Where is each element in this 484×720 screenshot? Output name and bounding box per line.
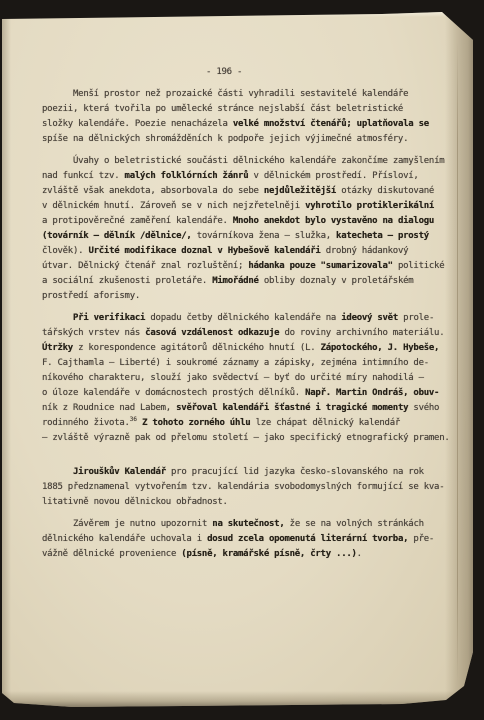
heavy-ink-text: velké množství čtenářů; uplatňovala se — [233, 119, 429, 129]
text-line: – zvláště výrazně pak od přelomu století… — [42, 431, 442, 446]
heavy-ink-text: dosud zcela opomenutá literární tvorba, — [207, 534, 408, 544]
page-number: - 196 - — [42, 65, 442, 80]
text-line: útvar. Dělnický čtenář znal rozluštění; … — [42, 259, 442, 274]
heavy-ink-text: Zápotockého, J. Hybeše, — [321, 343, 440, 353]
heavy-ink-text: vyhrotilo protiklerikální — [305, 201, 434, 211]
text-line: F. Cajthamla – Liberté) i soukromé zázna… — [42, 356, 442, 371]
text-line: Útržky z korespondence agitátorů dělnick… — [42, 341, 442, 356]
heavy-ink-text: malých folklórních žánrů — [125, 171, 249, 181]
heavy-ink-text: nejdůležitější — [264, 186, 336, 196]
text-line: 1885 předznamenal vytvořením tzv. kalend… — [42, 480, 442, 495]
photo-background: - 196 - Menší prostor než prozaické část… — [0, 0, 484, 720]
heavy-ink-text: na skutečnost, — [212, 519, 284, 529]
text-line: Menší prostor než prozaické části vyhrad… — [42, 87, 442, 102]
text-line: o úloze kalendáře v domácnostech prostýc… — [42, 386, 442, 401]
heavy-ink-text: (továrník – dělník /dělnice/, — [42, 231, 192, 241]
footnote-reference: 36 — [130, 416, 137, 423]
heavy-ink-text: Určité modifikace doznal v Hybešově kale… — [88, 246, 320, 256]
text-line: tářských vrstev nás časová vzdálenost od… — [42, 326, 442, 341]
text-line: a protipověrečné zaměření kalendáře. Mno… — [42, 214, 442, 229]
text-line: a sociální zkušenosti proletáře. Mimořád… — [42, 274, 442, 289]
heavy-ink-text: Jirouškův Kalendář — [73, 467, 166, 477]
text-line: litativně novou dělnickou obřadnost. — [42, 495, 442, 510]
paragraph: Úvahy o beletristické součásti dělnickéh… — [42, 154, 442, 304]
paragraphs: Menší prostor než prozaické části vyhrad… — [42, 87, 442, 562]
heavy-ink-text: hádanka pouze "sumarizovala" — [248, 261, 392, 271]
text-line: poezii, která tvořila po umělecké stránc… — [42, 102, 442, 117]
text-block: - 196 - Menší prostor než prozaické část… — [42, 65, 442, 562]
text-line: Jirouškův Kalendář pro pracující lid jaz… — [42, 465, 442, 480]
text-line: v dělnickém hnutí. Zároveň se v nich nej… — [42, 199, 442, 214]
text-line: zvláště však anekdota, absorbovala do se… — [42, 184, 442, 199]
heavy-ink-text: Mimořádné — [212, 276, 258, 286]
text-line: složky kalendáře. Poezie nenacházela vel… — [42, 117, 442, 132]
book-page: - 196 - Menší prostor než prozaické část… — [2, 12, 473, 707]
text-line: níkového charakteru, slouží jako svědect… — [42, 371, 442, 386]
text-line: vážně dělnické provenience (písně, kramá… — [42, 547, 442, 562]
paragraph: Závěrem je nutno upozornit na skutečnost… — [42, 517, 442, 562]
heavy-ink-text: Při verifikaci — [73, 313, 145, 323]
text-line: Při verifikaci dopadu četby dělnického k… — [42, 311, 442, 326]
heavy-ink-text: katecheta – prostý — [336, 231, 429, 241]
text-line: nad funkcí tzv. malých folklórních žánrů… — [42, 169, 442, 184]
text-line: dělnického kalendáře uchovala i dosud zc… — [42, 532, 442, 547]
text-line: rodinného života.36 Z tohoto zorného úhl… — [42, 416, 442, 431]
text-line: člověk). Určité modifikace doznal v Hybe… — [42, 244, 442, 259]
heavy-ink-text: svěřoval kalendáři šťastné i tragické mo… — [176, 403, 408, 413]
text-line: ník z Roudnice nad Labem, svěřoval kalen… — [42, 401, 442, 416]
heavy-ink-text: Např. Martin Ondráš, obuv- — [305, 388, 439, 398]
fore-edge-crease — [457, 42, 458, 682]
paragraph: Jirouškův Kalendář pro pracující lid jaz… — [42, 465, 442, 510]
text-line: (továrník – dělník /dělnice/, továrníkov… — [42, 229, 442, 244]
heavy-ink-text: Mnoho anekdot bylo vystavěno na dialogu — [233, 216, 434, 226]
heavy-ink-text: ideový svět — [341, 313, 398, 323]
heavy-ink-text: Útržky — [42, 343, 73, 353]
text-line: Úvahy o beletristické součásti dělnickéh… — [42, 154, 442, 169]
paragraph: Při verifikaci dopadu četby dělnického k… — [42, 311, 442, 446]
text-line: spíše na dělnických shromážděních k podp… — [42, 132, 442, 147]
text-line: Závěrem je nutno upozornit na skutečnost… — [42, 517, 442, 532]
heavy-ink-text: časová vzdálenost odkazuje — [145, 328, 279, 338]
paragraph: Menší prostor než prozaické části vyhrad… — [42, 87, 442, 147]
heavy-ink-text: (písně, kramářské písně, črty ...) — [181, 549, 356, 559]
heavy-ink-text: Z tohoto zorného úhlu — [142, 418, 250, 428]
text-line: prostředí aforismy. — [42, 289, 442, 304]
